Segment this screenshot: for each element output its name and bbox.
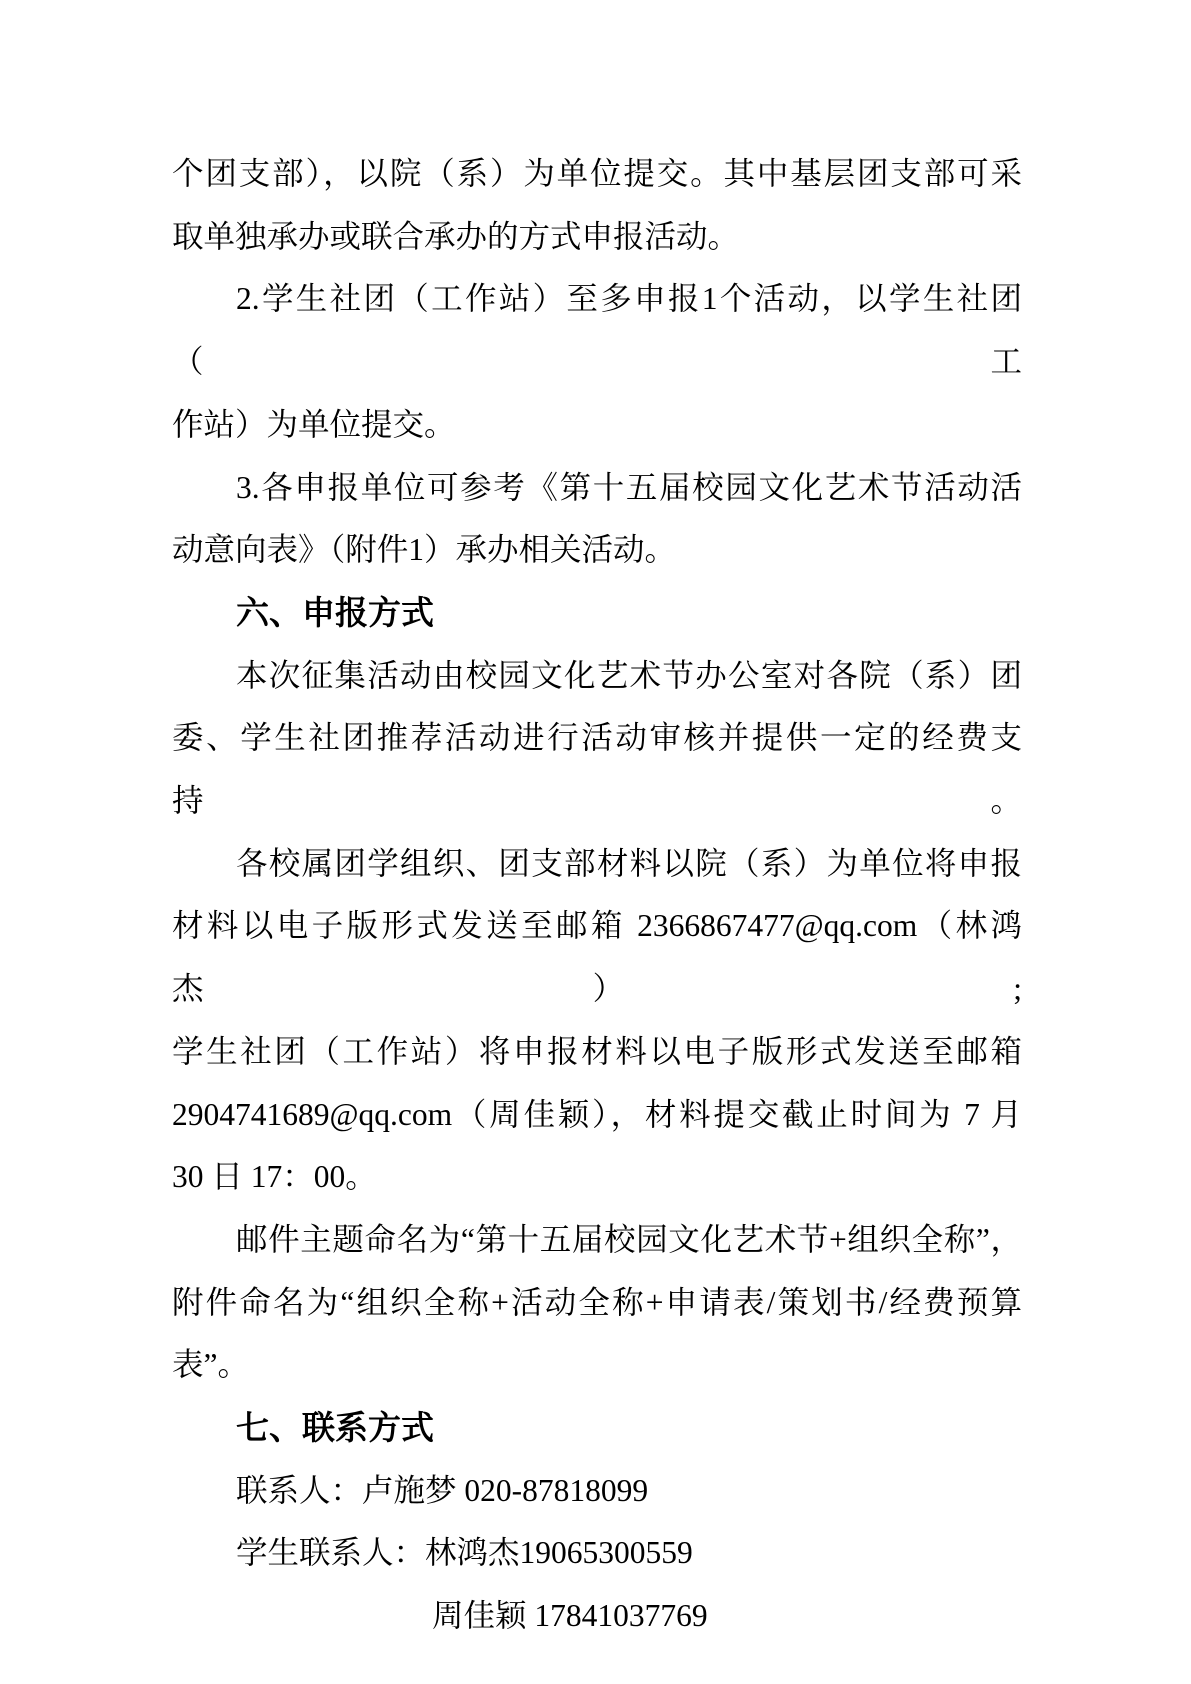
body-line: 各校属团学组织、团支部材料以院（系）为单位将申报 — [172, 833, 1022, 896]
list-item-3-line: 动意向表》（附件1）承办相关活动。 — [172, 519, 1022, 582]
list-item-2-line: 2.学生社团（工作站）至多申报1个活动，以学生社团（工 — [172, 268, 1022, 393]
contact-line-staff: 联系人：卢施梦 020-87818099 — [172, 1460, 1022, 1523]
body-line-email-2: 2904741689@qq.com（周佳颖），材料提交截止时间为 7 月 — [172, 1084, 1022, 1147]
body-line: 本次征集活动由校园文化艺术节办公室对各院（系）团 — [172, 645, 1022, 708]
body-line: 邮件主题命名为“第十五届校园文化艺术节+组织全称”， — [172, 1209, 1022, 1272]
body-line: 个团支部），以院（系）为单位提交。其中基层团支部可采 — [172, 143, 1022, 206]
contact-line-student-1: 学生联系人：林鸿杰19065300559 — [172, 1522, 1022, 1585]
body-line: 取单独承办或联合承办的方式申报活动。 — [172, 206, 1022, 269]
body-line: 委、学生社团推荐活动进行活动审核并提供一定的经费支持。 — [172, 707, 1022, 832]
list-item-3-line: 3.各申报单位可参考《第十五届校园文化艺术节活动活 — [172, 457, 1022, 520]
document-page: 个团支部），以院（系）为单位提交。其中基层团支部可采 取单独承办或联合承办的方式… — [0, 0, 1191, 1684]
body-line-email-1: 材料以电子版形式发送至邮箱 2366867477@qq.com（林鸿杰）; — [172, 895, 1022, 1020]
contact-line-student-2: 周佳颖 17841037769 — [172, 1585, 1022, 1648]
body-line-deadline: 30 日 17：00。 — [172, 1146, 1022, 1209]
list-item-2-line: 作站）为单位提交。 — [172, 394, 1022, 457]
section-heading-application-method: 六、申报方式 — [172, 582, 1022, 645]
body-line: 表”。 — [172, 1334, 1022, 1397]
section-heading-contact-info: 七、联系方式 — [172, 1397, 1022, 1460]
body-line: 附件命名为“组织全称+活动全称+申请表/策划书/经费预算 — [172, 1272, 1022, 1335]
body-line: 学生社团（工作站）将申报材料以电子版形式发送至邮箱 — [172, 1021, 1022, 1084]
document-body: 个团支部），以院（系）为单位提交。其中基层团支部可采 取单独承办或联合承办的方式… — [172, 143, 1022, 1648]
